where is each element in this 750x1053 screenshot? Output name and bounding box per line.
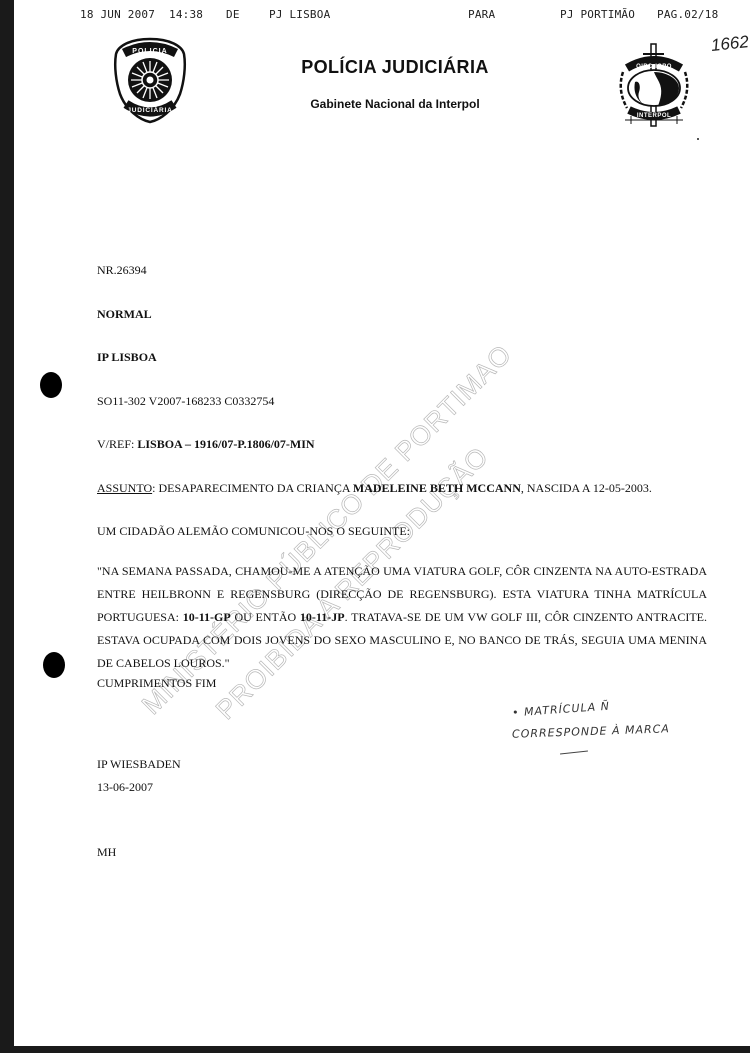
- subject-pre: DESAPARECIMENTO DA CRIANÇA: [158, 481, 352, 495]
- svg-text:JUDICIÁRIA: JUDICIÁRIA: [127, 105, 172, 114]
- punch-hole-bottom: [43, 652, 65, 678]
- sender: IP WIESBADEN: [97, 757, 181, 772]
- fax-date: 18 JUN 2007: [80, 8, 155, 21]
- svg-text:INTERPOL: INTERPOL: [637, 113, 671, 119]
- organization-title: POLÍCIA JUDICIÁRIA: [270, 57, 520, 78]
- fax-header: 18 JUN 2007 14:38 DE PJ LISBOA PARA PJ P…: [80, 8, 740, 24]
- message-date: 13-06-2007: [97, 780, 153, 795]
- vref-value: LISBOA – 1916/07-P.1806/07-MIN: [137, 437, 314, 451]
- fax-to-label: PARA: [468, 8, 495, 21]
- handwritten-note-line-2: CORRESPONDE À MARCA: [512, 722, 670, 741]
- handwritten-underline: [560, 751, 588, 755]
- svg-text:POLICIA: POLICIA: [132, 48, 167, 55]
- subject-child-name: MADELEINE BETH MCCANN: [353, 481, 521, 495]
- fax-time: 14:38: [169, 8, 203, 21]
- subject-line: ASSUNTO: DESAPARECIMENTO DA CRIANÇA MADE…: [97, 481, 652, 496]
- message-origin: IP LISBOA: [97, 350, 157, 365]
- message-intro: UM CIDADÃO ALEMÃO COMUNICOU-NOS O SEGUIN…: [97, 524, 410, 539]
- fax-page: PAG.02/18: [657, 8, 718, 21]
- policia-judiciaria-badge-icon: POLICIA JUDICIÁRIA: [112, 36, 188, 124]
- scan-edge-left: [0, 0, 14, 1053]
- message-body: "NA SEMANA PASSADA, CHAMOU-ME A ATENÇÃO …: [97, 560, 707, 675]
- plate-1: 10-11-GP: [183, 610, 231, 624]
- subject-label: ASSUNTO: [97, 481, 152, 495]
- scan-edge-bottom: [0, 1046, 750, 1053]
- interpol-emblem-icon: OIPC-ICPO INTERPOL: [613, 42, 695, 132]
- fax-from-label: DE: [226, 8, 240, 21]
- svg-text:OIPC-ICPO: OIPC-ICPO: [636, 64, 672, 70]
- vref-line: V/REF: LISBOA – 1916/07-P.1806/07-MIN: [97, 437, 315, 452]
- body-part-2: OU ENTÃO: [231, 610, 300, 624]
- message-closing: CUMPRIMENTOS FIM: [97, 676, 216, 691]
- vref-label: V/REF:: [97, 437, 137, 451]
- message-priority: NORMAL: [97, 307, 152, 322]
- plate-2: 10-11-JP: [300, 610, 345, 624]
- reference-codes: SO11-302 V2007-168233 C0332754: [97, 394, 274, 409]
- message-number: NR.26394: [97, 263, 147, 278]
- handwritten-page-number: 1662: [710, 32, 750, 56]
- scan-dust: [697, 138, 699, 140]
- organization-subtitle: Gabinete Nacional da Interpol: [270, 97, 520, 111]
- handwritten-note-line-1: • MATRÍCULA Ñ: [512, 700, 611, 720]
- punch-hole-top: [40, 372, 62, 398]
- fax-to: PJ PORTIMÃO: [560, 8, 635, 21]
- initials: MH: [97, 845, 116, 860]
- subject-post: , NASCIDA A 12-05-2003.: [521, 481, 652, 495]
- fax-from: PJ LISBOA: [269, 8, 330, 21]
